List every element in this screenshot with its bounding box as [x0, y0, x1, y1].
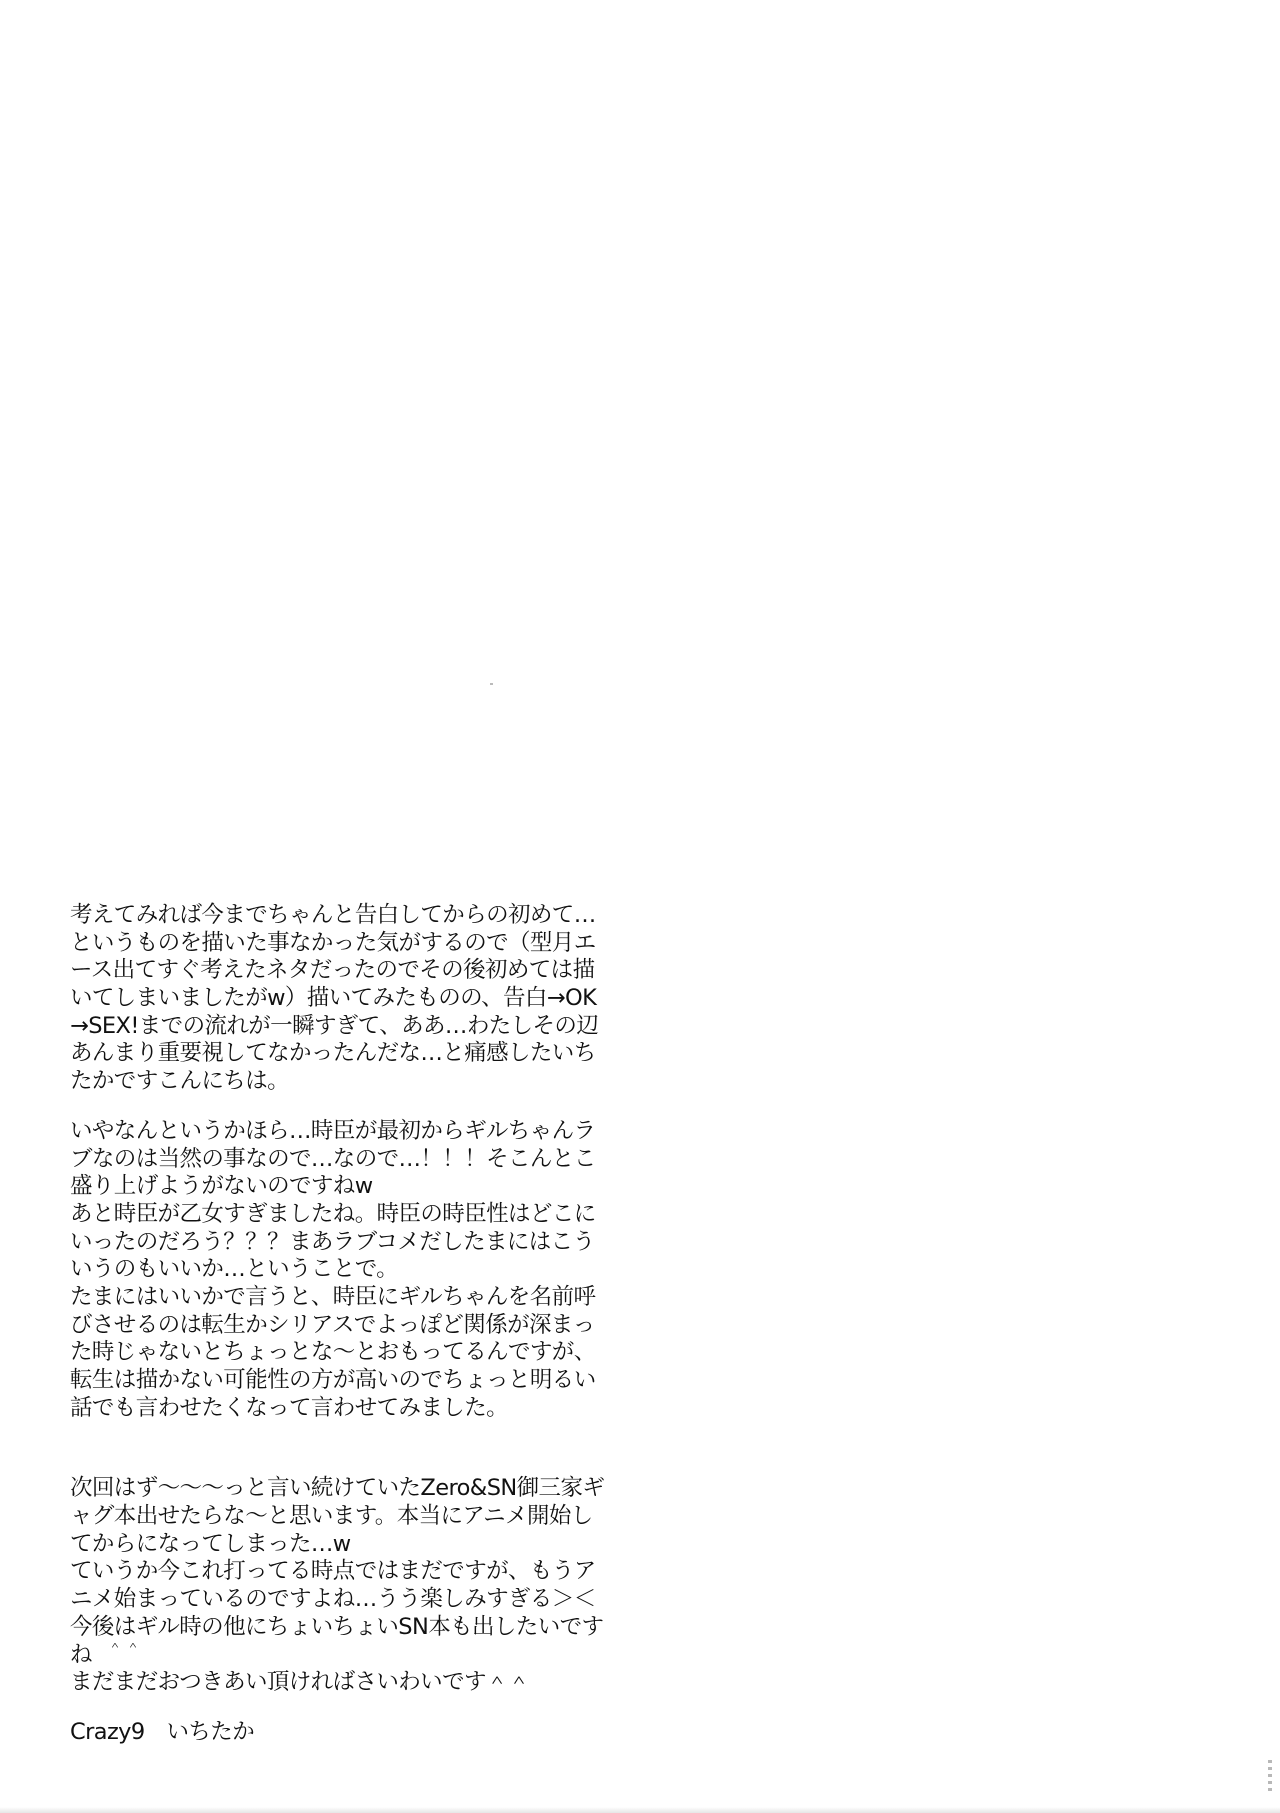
scan-speck: [490, 683, 493, 685]
text-line: 次回はず～～～っと言い続けていたZero&SN御三家ギ: [70, 1475, 630, 1503]
text-line: てからになってしまった…w: [70, 1531, 630, 1559]
text-line: いやなんというかほら…時臣が最初からギルちゃんラ: [70, 1118, 630, 1146]
text-line: ニメ始まっているのですよね…うう楽しみすぎる＞＜: [70, 1586, 630, 1614]
text-line: たかですこんにちは。: [70, 1068, 630, 1096]
text-line: ース出てすぐ考えたネタだったのでその後初めては描: [70, 957, 630, 985]
caret-mark: ＾: [108, 1634, 121, 1662]
text-line: た時じゃないとちょっとな～とおもってるんですが、: [70, 1339, 630, 1367]
paragraph-spacer: [70, 1096, 630, 1118]
author-signature: Crazy9 いちたか: [70, 1719, 630, 1747]
paragraph-greeting: 考えてみれば今までちゃんと告白してからの初めて… というものを描いた事なかった気…: [70, 902, 630, 1096]
paragraph-spacer: [70, 1422, 630, 1475]
text-line: 盛り上げようがないのですねw: [70, 1173, 630, 1201]
text-line: ャグ本出せたらな～と思います。本当にアニメ開始し: [70, 1503, 630, 1531]
text-line: ていうか今これ打ってる時点ではまだですが、もうア: [70, 1558, 630, 1586]
text-line: いうのもいいか…ということで。: [70, 1256, 630, 1284]
text-line: 話でも言わせたくなって言わせてみました。: [70, 1395, 630, 1423]
text-line: 考えてみれば今までちゃんと告白してからの初めて…: [70, 902, 630, 930]
text-line: たまにはいいかで言うと、時臣にギルちゃんを名前呼: [70, 1284, 630, 1312]
scan-edge-mark: [1268, 1760, 1272, 1794]
text-line: 今後はギル時の他にちょいちょいSN本も出したいです: [70, 1614, 630, 1642]
text-line: まだまだおつきあい頂ければさいわいです＾＾: [70, 1669, 630, 1697]
manga-afterword-page: 考えてみれば今までちゃんと告白してからの初めて… というものを描いた事なかった気…: [0, 0, 1280, 1813]
afterword-text: 考えてみれば今までちゃんと告白してからの初めて… というものを描いた事なかった気…: [70, 902, 630, 1747]
paragraph-next-plans: 次回はず～～～っと言い続けていたZero&SN御三家ギ ャグ本出せたらな～と思い…: [70, 1475, 630, 1697]
text-line: 転生は描かない可能性の方が高いのでちょっと明るい: [70, 1367, 630, 1395]
text-line: ね: [70, 1642, 630, 1670]
paragraph-comments: いやなんというかほら…時臣が最初からギルちゃんラ ブなのは当然の事なので…なので…: [70, 1118, 630, 1423]
paragraph-spacer: [70, 1697, 630, 1719]
text-line: というものを描いた事なかった気がするので（型月エ: [70, 930, 630, 958]
page-bottom-edge: [0, 1807, 1280, 1813]
text-line: あんまり重要視してなかったんだな…と痛感したいち: [70, 1040, 630, 1068]
text-line: ブなのは当然の事なので…なので…！！！そこんとこ: [70, 1146, 630, 1174]
text-line: びさせるのは転生かシリアスでよっぽど関係が深まっ: [70, 1312, 630, 1340]
caret-mark: ＾: [126, 1634, 139, 1662]
text-line: いてしまいましたがw）描いてみたものの、告白→OK: [70, 985, 630, 1013]
text-line: いったのだろう？？？まあラブコメだしたまにはこう: [70, 1229, 630, 1257]
text-line: あと時臣が乙女すぎましたね。時臣の時臣性はどこに: [70, 1201, 630, 1229]
text-line: →SEX!までの流れが一瞬すぎて、ああ…わたしその辺: [70, 1013, 630, 1041]
